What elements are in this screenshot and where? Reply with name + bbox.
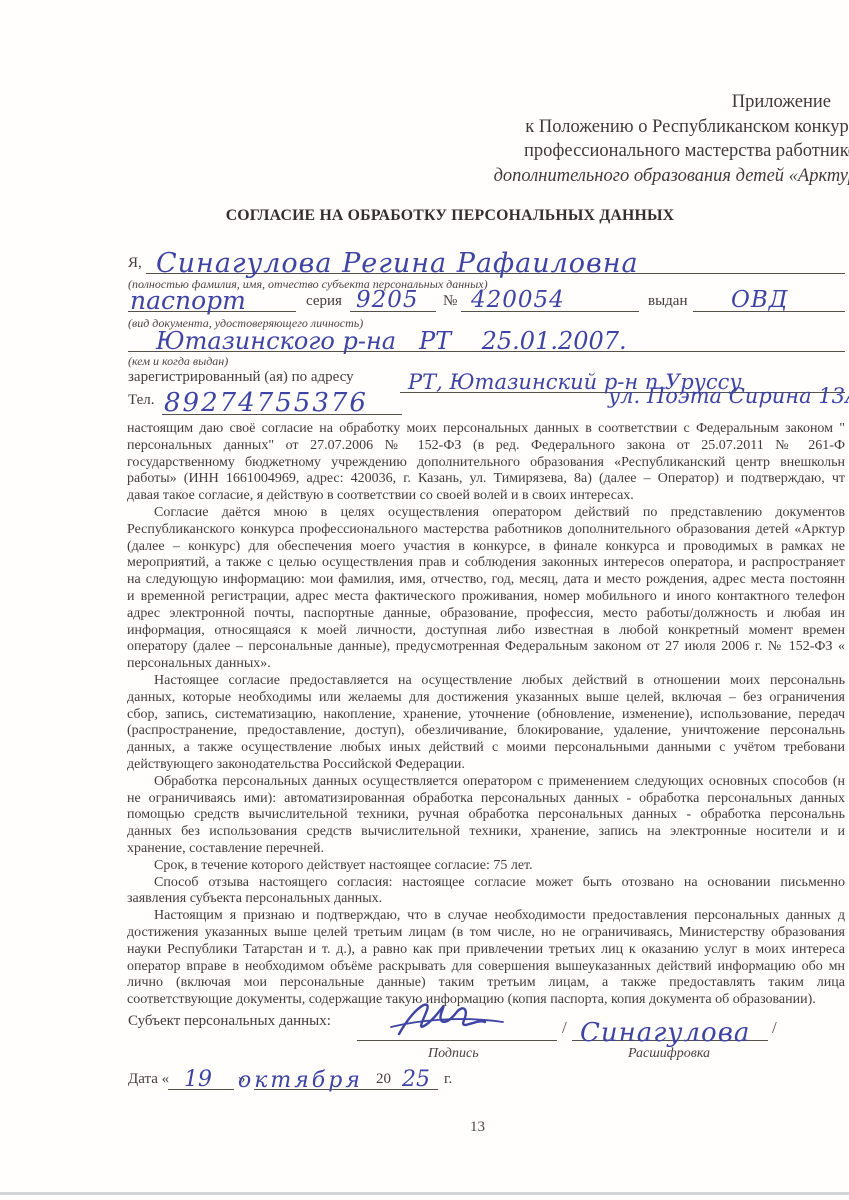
decryption-caption: Расшифровка <box>628 1046 710 1062</box>
signature-caption: Подпись <box>428 1046 479 1062</box>
header-line: к Положению о Республиканском конкурс <box>494 115 849 140</box>
body-line: данных без использования средств вычисли… <box>127 824 845 841</box>
body-line: Обработка персональных данных осуществля… <box>127 774 845 791</box>
body-line: Срок, в течение которого действует насто… <box>127 858 845 875</box>
scan-edge-line <box>0 1192 849 1195</box>
full-name-handwriting: Синагулова Регина Рафаиловна <box>156 248 639 279</box>
page-number: 13 <box>470 1119 485 1136</box>
body-line: Настоящим я признаю и подтверждаю, что в… <box>127 908 845 925</box>
scanned-consent-document: Приложение к Положению о Республиканском… <box>0 0 849 1200</box>
decryption-handwriting: Синагулова <box>580 1018 750 1048</box>
number-handwriting: 420054 <box>471 287 565 313</box>
issued-handwriting: ОВД <box>731 287 788 313</box>
signature-underline <box>357 1000 557 1041</box>
body-line: науки Республики Татарстан и т. д.), а р… <box>127 942 845 959</box>
i-label: Я, <box>128 255 142 272</box>
body-line: (далее – конкурс) для обеспечения моего … <box>127 539 845 556</box>
subject-label: Субъект персональных данных: <box>128 1013 331 1198</box>
body-line: настоящим даю своё согласие на обработку… <box>127 421 845 438</box>
body-line: не ограничиваясь ими): автоматизированна… <box>127 791 845 808</box>
body-line: сбор, запись, систематизацию, накопление… <box>127 707 845 724</box>
body-line: государственному бюджетному учреждению д… <box>127 455 845 472</box>
passport-row: паспорт серия 9205 № 420054 выдан ОВД <box>128 284 845 312</box>
series-handwriting: 9205 <box>356 287 419 313</box>
issued-by-hint: (кем и когда выдан) <box>128 354 228 369</box>
address-line2-handwriting: ул. Поэта Сирина 13А <box>608 384 849 408</box>
full-name-row: Я, Синагулова Регина Рафаиловна <box>128 244 845 274</box>
slash-close: / <box>772 1018 777 1038</box>
body-line: действующего законодательства Российской… <box>127 757 845 774</box>
header-line: Приложение <box>494 90 849 115</box>
body-line: и временной регистрации, адрес места фак… <box>127 589 845 606</box>
body-line: Способ отзыва настоящего согласия: насто… <box>127 875 845 892</box>
body-line: данных, которые необходимы или желаемы д… <box>127 690 845 707</box>
body-line: информация, относящаяся к моей личности,… <box>127 623 845 640</box>
issued-by-handwriting: Ютазинского р-на РТ 25.01.2007. <box>156 327 627 355</box>
body-line: Настоящее согласие предоставляется на ос… <box>127 673 845 690</box>
body-line: (распространение, предоставление, доступ… <box>127 723 845 740</box>
body-line: Республиканского конкурса профессиональн… <box>127 522 845 539</box>
issued-underline: ОВД <box>693 283 845 312</box>
slash-open: / <box>562 1018 567 1038</box>
series-underline: 9205 <box>350 283 436 312</box>
body-line: мероприятий, а также с целью осуществлен… <box>127 555 845 572</box>
body-line: Согласие даётся мною в целях осуществлен… <box>127 505 845 522</box>
body-line: достижения указанных выше целей третьим … <box>127 925 845 942</box>
body-line: данных, а также осуществление любых иных… <box>127 740 845 757</box>
body-line: давая такое согласие, я действую в соотв… <box>127 488 845 505</box>
body-line: адрес электронной почты, паспортные данн… <box>127 606 845 623</box>
date-row: Дата « 19 » октября 20 25 г. <box>128 1066 845 1090</box>
body-line: работы» (ИНН 1661004969, адрес: 420036, … <box>127 471 845 488</box>
phone-underline: 89274755376 <box>162 388 402 415</box>
document-type-handwriting: паспорт <box>130 286 246 315</box>
date-day-underline: 19 <box>168 1065 234 1090</box>
body-line: оператор вправе в необходимом объёме рас… <box>127 959 845 976</box>
number-label: № <box>443 293 457 310</box>
phone-handwriting: 89274755376 <box>164 388 368 418</box>
body-line: помощью средств вычислительной техники, … <box>127 807 845 824</box>
body-line: оператору (далее – персональные данные),… <box>127 639 845 656</box>
date-suffix: г. <box>444 1071 452 1088</box>
document-title: СОГЛАСИЕ НА ОБРАБОТКУ ПЕРСОНАЛЬНЫХ ДАННЫ… <box>0 207 849 225</box>
date-prefix: Дата « <box>128 1071 169 1088</box>
decryption-underline: Синагулова <box>572 1000 768 1041</box>
date-day-handwriting: 19 <box>184 1067 212 1092</box>
document-header: Приложение к Положению о Республиканском… <box>494 90 849 188</box>
body-line: заявления субъекта персональных данных. <box>127 891 845 908</box>
document-type-underline: паспорт <box>128 283 296 312</box>
issued-by-underline: Ютазинского р-на РТ 25.01.2007. <box>128 323 845 352</box>
body-line: персональных данных». <box>127 656 845 673</box>
header-line: дополнительного образования детей «Аркту… <box>494 164 849 189</box>
date-century: 20 <box>376 1071 391 1088</box>
signature-flourish <box>385 994 535 1046</box>
body-line: хранение, составление перечней. <box>127 841 845 858</box>
header-line: профессионального мастерства работнико <box>494 139 849 164</box>
date-year-handwriting: 25 <box>402 1067 430 1092</box>
series-label: серия <box>306 293 342 310</box>
body-text: настоящим даю своё согласие на обработку… <box>127 421 845 1009</box>
issued-by-row: Ютазинского р-на РТ 25.01.2007. <box>128 324 845 352</box>
date-year-underline: 25 <box>396 1065 438 1090</box>
full-name-underline: Синагулова Регина Рафаиловна <box>146 243 845 274</box>
body-line: персональных данных" от 27.07.2006 № 152… <box>127 438 845 455</box>
date-month-handwriting: октября <box>238 1068 363 1093</box>
body-line: лично (включая мои персональные данные) … <box>127 975 845 992</box>
issued-label: выдан <box>648 293 687 310</box>
number-underline: 420054 <box>461 283 639 312</box>
body-line: на следующую информацию: мои фамилия, им… <box>127 572 845 589</box>
